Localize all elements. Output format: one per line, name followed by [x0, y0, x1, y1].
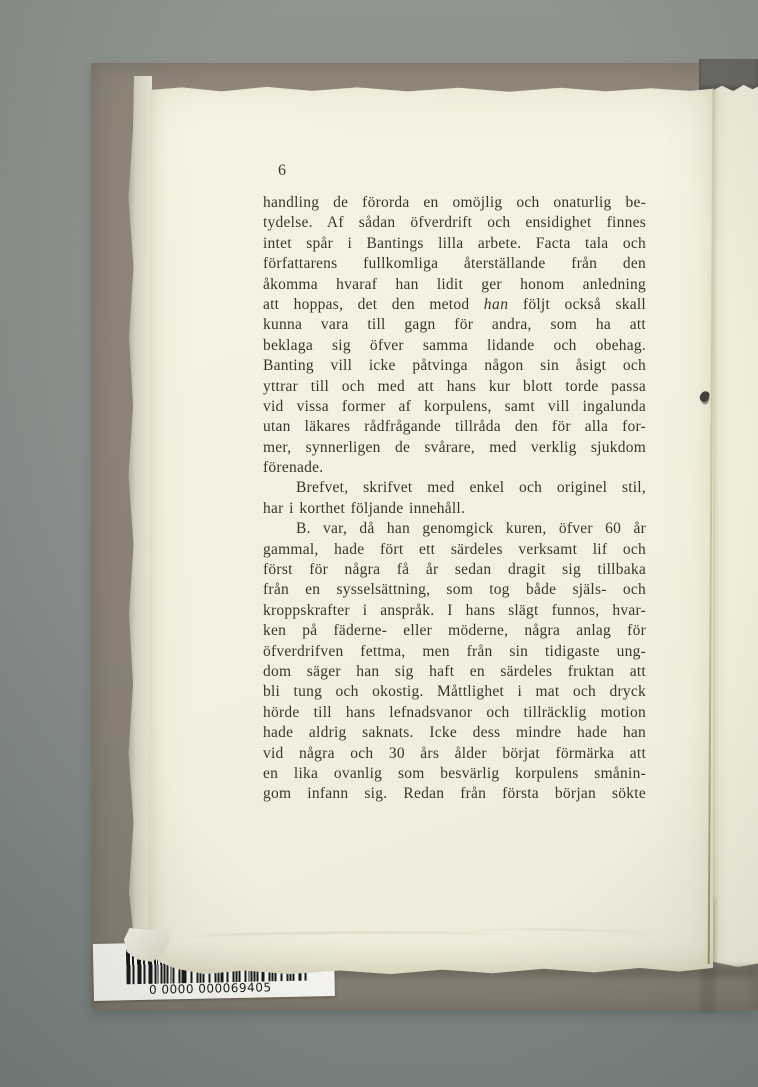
text-line: öfverdrifven fettma, men från sin tidiga… [263, 642, 646, 662]
text-line: kroppskrafter i anspråk. I hans slägt fu… [263, 601, 646, 621]
text-line: beklaga sig öfver samma lidande och obeh… [263, 336, 646, 356]
page-number: 6 [278, 162, 286, 180]
book-page: 6 handling de förorda en omöjlig och ona… [148, 86, 713, 975]
text-line: yttrar till och med att hans kur blott t… [263, 377, 646, 397]
text-line: hade aldrig saknats. Icke dess mindre ha… [263, 723, 646, 743]
cover-dark-corner [699, 59, 758, 90]
text-line: Brefvet, skrifvet med enkel och originel… [263, 478, 646, 498]
text-line: gom infann sig. Redan från första början… [263, 784, 646, 804]
text-lines: handling de förorda en omöjlig och onatu… [263, 193, 646, 805]
text-line: kunna vara till gagn för andra, som ha a… [263, 315, 646, 335]
text-line: tydelse. Af sådan öfverdrift och ensidig… [263, 213, 646, 233]
text-line: åkomma hvaraf han lidit ger honom anledn… [263, 275, 646, 295]
text-line: författarens fullkomliga återställande f… [263, 254, 646, 274]
text-line: ken på fäderne- eller möderne, några anl… [263, 621, 646, 641]
text-line: mer, synnerligen de svårare, med verklig… [263, 438, 646, 458]
text-line: först för några få år sedan dragit sig t… [263, 560, 646, 580]
text-line: Banting vill icke påtvinga någon sin åsi… [263, 356, 646, 376]
text-line: handling de förorda en omöjlig och onatu… [263, 193, 646, 213]
text-line: vid några och 30 års ålder börjat förmär… [263, 744, 646, 764]
book-pages-right [713, 84, 758, 967]
page-wrinkle [190, 930, 490, 942]
text-line: bli tung och okostig. Måttlighet i mat o… [263, 682, 646, 702]
text-line: en lika ovanlig som besvärlig korpulens … [263, 764, 646, 784]
text-line: hörde till hans lefnadsvanor och tillräc… [263, 703, 646, 723]
text-line: utan läkares rådfrågande tillråda den fö… [263, 417, 646, 437]
text-line: dom säger han sig haft en särdeles frukt… [263, 662, 646, 682]
text-line: från en sysselsättning, som tog både sjä… [263, 580, 646, 600]
text-line: gammal, hade fört ett särdeles verksamt … [263, 540, 646, 560]
text-line: att hoppas, det den metod han följt ocks… [263, 295, 646, 315]
text-line: förenade. [263, 458, 646, 478]
text-line: B. var, då han genomgick kuren, öfver 60… [263, 519, 646, 539]
text-line: har i korthet följande innehåll. [263, 499, 646, 519]
text-line: intet spår i Bantings lilla arbete. Fact… [263, 234, 646, 254]
photo-background: 0 0000 000069405 6 handling de förorda e… [0, 0, 758, 1087]
text-line: vid vissa former af korpulens, samt vill… [263, 397, 646, 417]
page-wrinkle [468, 928, 648, 940]
